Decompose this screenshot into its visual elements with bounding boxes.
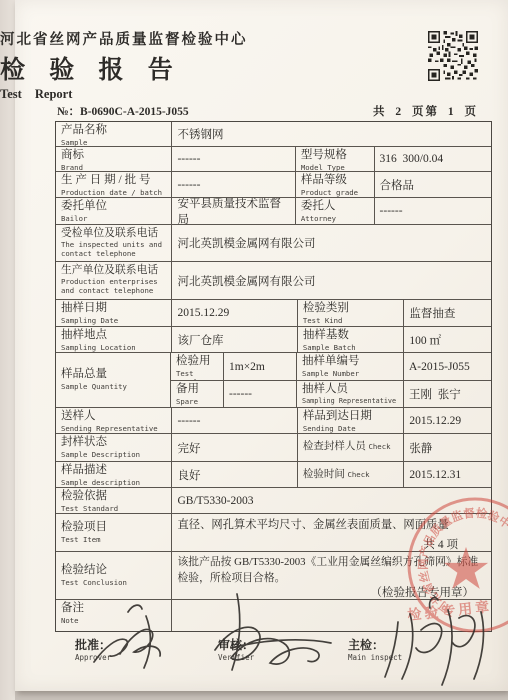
- label-test-sample-cn: 检验用: [176, 355, 218, 369]
- label-test-item-en: Test Item: [61, 535, 166, 544]
- subrow-spare-sample: 备用 Spare Sample ------ 抽样人员 Sampling Rep…: [171, 381, 491, 407]
- label-product-cn: 产品名称: [61, 124, 166, 138]
- label-test-item: 检验项目 Test Item: [56, 514, 172, 551]
- label-test-standard-en: Test Standard: [61, 504, 166, 513]
- label-sampling-location: 抽样地点 Sampling Location: [56, 327, 172, 352]
- row-production-unit: 生产单位及联系电话 Production enterprises and con…: [56, 262, 491, 300]
- value-production-date: ------: [172, 172, 295, 197]
- value-sampling-date: 2015.12.29: [172, 300, 297, 326]
- row-note: 备注 Note: [56, 600, 491, 631]
- label-sampling-date-en: Sampling Date: [61, 316, 166, 325]
- label-sampling-date: 抽样日期 Sampling Date: [56, 300, 172, 326]
- value-check-personnel: 张静: [404, 434, 491, 461]
- test-item-count: 共 4 项: [177, 536, 486, 551]
- row-location-batch: 抽样地点 Sampling Location 该厂仓库 抽样基数 Sample …: [56, 327, 491, 353]
- verifier-label: 审核：: [218, 636, 254, 653]
- value-note: [172, 600, 491, 631]
- label-brand: 商标 Brand: [56, 147, 172, 171]
- value-test-sample: 1m×2m: [224, 353, 297, 380]
- label-sampling-representative-en: Sampling Representative: [302, 397, 398, 406]
- label-test-kind-cn: 检验类别: [303, 302, 399, 316]
- value-sending-date: 2015.12.29: [404, 408, 491, 433]
- label-sample-description-cn: 样品描述: [61, 464, 166, 478]
- label-sending-representative: 送样人 Sending Representative: [56, 408, 172, 433]
- label-sample-number-cn: 抽样单编号: [302, 355, 398, 369]
- value-test-standard: GB/T5330-2003: [172, 488, 491, 513]
- row-inspected-unit: 受检单位及联系电话 The inspected units and contac…: [56, 225, 491, 262]
- label-production-date-cn: 生 产 日 期 / 批 号: [61, 174, 166, 188]
- label-test-sample-en: Test sample: [176, 369, 218, 380]
- label-model: 型号规格 Model Type: [296, 147, 375, 171]
- value-spare-sample: ------: [224, 381, 297, 407]
- label-check-time-cn: 检验时间: [303, 469, 348, 480]
- value-sample-description: 良好: [172, 462, 297, 487]
- value-sampling-representative: 王刚 张宁: [404, 381, 491, 407]
- label-sample-number: 抽样单编号 Sample Number: [297, 353, 404, 380]
- row-brand-model: 商标 Brand ------ 型号规格 Model Type 316 300/…: [56, 147, 491, 172]
- row-bailor-attorney: 委托单位 Bailor 安平县质量技术监督局 委托人 Attorney ----…: [56, 198, 491, 225]
- value-brand: ------: [172, 147, 295, 171]
- label-product: 产品名称 Sample: [56, 122, 172, 146]
- label-sending-representative-en: Sending Representative: [61, 424, 166, 433]
- main-inspector-label: 主检：: [348, 636, 402, 653]
- conclusion-seal-note: （检验报告专用章）: [177, 586, 486, 599]
- conclusion-text: 该批产品按 GB/T5330-2003《工业用金属丝编织方孔筛网》标准检验，所检…: [177, 554, 486, 586]
- label-production-unit-en: Production enterprises and contact telep…: [61, 277, 166, 296]
- label-test-sample: 检验用 Test sample: [171, 353, 224, 380]
- row-seal-state: 封样状态 Sample Description 完好 检查封样人员 Check …: [56, 434, 491, 462]
- label-product-en: Sample: [61, 138, 166, 146]
- value-sample-number: A-2015-J055: [404, 353, 491, 380]
- label-sample-description-en: Sample description: [61, 478, 166, 487]
- label-sample-description: 样品描述 Sample description: [56, 462, 172, 487]
- label-test-kind: 检验类别 Test Kind: [298, 300, 405, 326]
- main-inspector-block: 主检： Main inspect: [348, 636, 402, 662]
- label-sample-number-en: Sample Number: [302, 369, 398, 378]
- label-sending-date-en: Sending Date: [303, 424, 399, 433]
- label-grade-en: Product grade: [301, 188, 369, 197]
- label-sample-quantity-cn: 样品总量: [61, 368, 165, 382]
- label-brand-cn: 商标: [61, 149, 166, 163]
- label-note-en: Note: [61, 616, 166, 625]
- value-test-conclusion: 该批产品按 GB/T5330-2003《工业用金属丝编织方孔筛网》标准检验，所检…: [172, 552, 491, 599]
- label-sample-batch: 抽样基数 Sample Batch: [298, 327, 405, 352]
- value-bailor: 安平县质量技术监督局: [172, 198, 295, 224]
- report-number-line: №：B-0690C-A-2015-J055 共 2 页第 1 页: [57, 103, 478, 119]
- label-test-conclusion: 检验结论 Test Conclusion: [56, 552, 172, 599]
- value-production-unit: 河北英凯模金属网有限公司: [172, 262, 491, 299]
- label-production-date-en: Production date / batch: [61, 188, 166, 197]
- label-inspected-unit-cn: 受检单位及联系电话: [61, 227, 166, 240]
- report-number: №：B-0690C-A-2015-J055: [57, 103, 189, 119]
- value-inspected-unit: 河北英凯模金属网有限公司: [172, 225, 491, 261]
- qr-code-icon: [428, 31, 478, 81]
- label-grade-cn: 样品等级: [301, 174, 369, 188]
- label-sampling-representative: 抽样人员 Sampling Representative: [297, 381, 404, 407]
- label-production-date: 生 产 日 期 / 批 号 Production date / batch: [56, 172, 172, 197]
- label-production-unit: 生产单位及联系电话 Production enterprises and con…: [56, 262, 172, 299]
- label-grade: 样品等级 Product grade: [296, 172, 375, 197]
- label-test-standard: 检验依据 Test Standard: [56, 488, 172, 513]
- label-production-unit-cn: 生产单位及联系电话: [61, 264, 166, 277]
- value-model: 316 300/0.04: [375, 147, 491, 171]
- value-test-item: 直径、网孔算术平均尺寸、金属丝表面质量、网面质量 共 4 项: [172, 514, 491, 551]
- label-sampling-location-cn: 抽样地点: [61, 329, 166, 343]
- value-check-time: 2015.12.31: [404, 462, 491, 487]
- label-spare-sample-en: Spare Sample: [176, 397, 218, 407]
- value-product: 不锈钢网: [172, 122, 491, 146]
- value-seal-state: 完好: [172, 434, 297, 461]
- value-sample-batch: 100 ㎡: [404, 327, 491, 352]
- row-sample-quantity: 样品总量 Sample Quantity 检验用 Test sample 1m×…: [56, 353, 491, 408]
- label-spare-sample: 备用 Spare Sample: [171, 381, 224, 407]
- label-sample-batch-en: Sample Batch: [303, 343, 399, 352]
- value-attorney: ------: [375, 198, 491, 224]
- label-note-cn: 备注: [61, 602, 166, 616]
- label-seal-state-cn: 封样状态: [61, 436, 166, 450]
- label-model-cn: 型号规格: [301, 149, 369, 163]
- label-bailor-en: Bailor: [61, 214, 166, 223]
- label-check-personnel-cn: 检查封样人员: [303, 441, 369, 452]
- row-test-standard: 检验依据 Test Standard GB/T5330-2003: [56, 488, 491, 514]
- verifier-label-en: Verifier: [218, 653, 254, 662]
- label-sending-date-cn: 样品到达日期: [303, 410, 399, 424]
- label-inspected-unit: 受检单位及联系电话 The inspected units and contac…: [56, 225, 172, 261]
- label-sample-batch-cn: 抽样基数: [303, 329, 399, 343]
- label-sampling-representative-cn: 抽样人员: [302, 383, 398, 397]
- label-seal-state-en: Sample Description: [61, 450, 166, 459]
- label-note: 备注 Note: [56, 600, 172, 631]
- label-sending-date: 样品到达日期 Sending Date: [298, 408, 405, 433]
- verifier-block: 审核： Verifier: [218, 636, 254, 662]
- label-seal-state: 封样状态 Sample Description: [56, 434, 172, 461]
- label-sample-quantity-en: Sample Quantity: [61, 382, 165, 391]
- label-inspected-unit-en: The inspected units and contact telephon…: [61, 240, 166, 259]
- value-grade: 合格品: [375, 172, 491, 197]
- label-sending-representative-cn: 送样人: [61, 410, 166, 424]
- approver-block: 批准： Approver: [75, 636, 111, 662]
- report-subtitle-en: Test Report: [0, 87, 500, 102]
- page-info: 共 2 页第 1 页: [373, 103, 478, 119]
- value-test-kind: 监督抽查: [404, 300, 491, 326]
- label-bailor-cn: 委托单位: [61, 200, 166, 214]
- label-test-item-cn: 检验项目: [61, 521, 166, 535]
- row-test-conclusion: 检验结论 Test Conclusion 该批产品按 GB/T5330-2003…: [56, 552, 491, 600]
- label-check-personnel: 检查封样人员 Check sealing sample personnel: [298, 434, 405, 461]
- row-sample-description: 样品描述 Sample description 良好 检验时间 Check se…: [56, 462, 491, 488]
- value-sampling-location: 该厂仓库: [172, 327, 297, 352]
- report-title: 检 验 报 告: [0, 50, 500, 86]
- label-spare-sample-cn: 备用: [176, 383, 218, 397]
- sample-quantity-subrows: 检验用 Test sample 1m×2m 抽样单编号 Sample Numbe…: [171, 353, 491, 407]
- report-table: 产品名称 Sample 不锈钢网 商标 Brand ------ 型号规格 Mo…: [55, 121, 492, 632]
- label-test-conclusion-en: Test Conclusion: [61, 578, 166, 587]
- row-proddate-grade: 生 产 日 期 / 批 号 Production date / batch --…: [56, 172, 491, 198]
- inspection-center-name: 河北省丝网产品质量监督检验中心: [0, 28, 500, 49]
- label-attorney-cn: 委托人: [301, 200, 369, 214]
- value-sending-representative: ------: [172, 408, 297, 433]
- label-attorney-en: Attorney: [301, 214, 369, 223]
- label-test-kind-en: Test Kind: [303, 316, 399, 325]
- label-model-en: Model Type: [301, 163, 369, 171]
- label-sampling-date-cn: 抽样日期: [61, 302, 166, 316]
- label-attorney: 委托人 Attorney: [296, 198, 375, 224]
- label-brand-en: Brand: [61, 163, 166, 171]
- approver-label-en: Approver: [75, 653, 111, 662]
- label-sampling-location-en: Sampling Location: [61, 343, 166, 352]
- row-test-item: 检验项目 Test Item 直径、网孔算术平均尺寸、金属丝表面质量、网面质量 …: [56, 514, 491, 552]
- label-sample-quantity: 样品总量 Sample Quantity: [56, 353, 171, 407]
- label-check-time: 检验时间 Check sealing sample time: [298, 462, 405, 487]
- label-bailor: 委托单位 Bailor: [56, 198, 172, 224]
- test-item-list: 直径、网孔算术平均尺寸、金属丝表面质量、网面质量: [177, 516, 486, 532]
- approver-label: 批准：: [75, 636, 111, 653]
- row-samplingdate-testkind: 抽样日期 Sampling Date 2015.12.29 检验类别 Test …: [56, 300, 491, 327]
- label-test-conclusion-cn: 检验结论: [61, 564, 166, 578]
- subrow-test-sample: 检验用 Test sample 1m×2m 抽样单编号 Sample Numbe…: [171, 353, 491, 381]
- label-test-standard-cn: 检验依据: [61, 490, 166, 504]
- row-product: 产品名称 Sample 不锈钢网: [56, 122, 491, 147]
- main-inspector-label-en: Main inspect: [348, 653, 402, 662]
- scanned-test-report: { "colors":{"seal_red":"#cf4a40","ink":"…: [0, 0, 508, 700]
- row-sending: 送样人 Sending Representative ------ 样品到达日期…: [56, 408, 491, 434]
- scan-background-edge: [0, 0, 15, 700]
